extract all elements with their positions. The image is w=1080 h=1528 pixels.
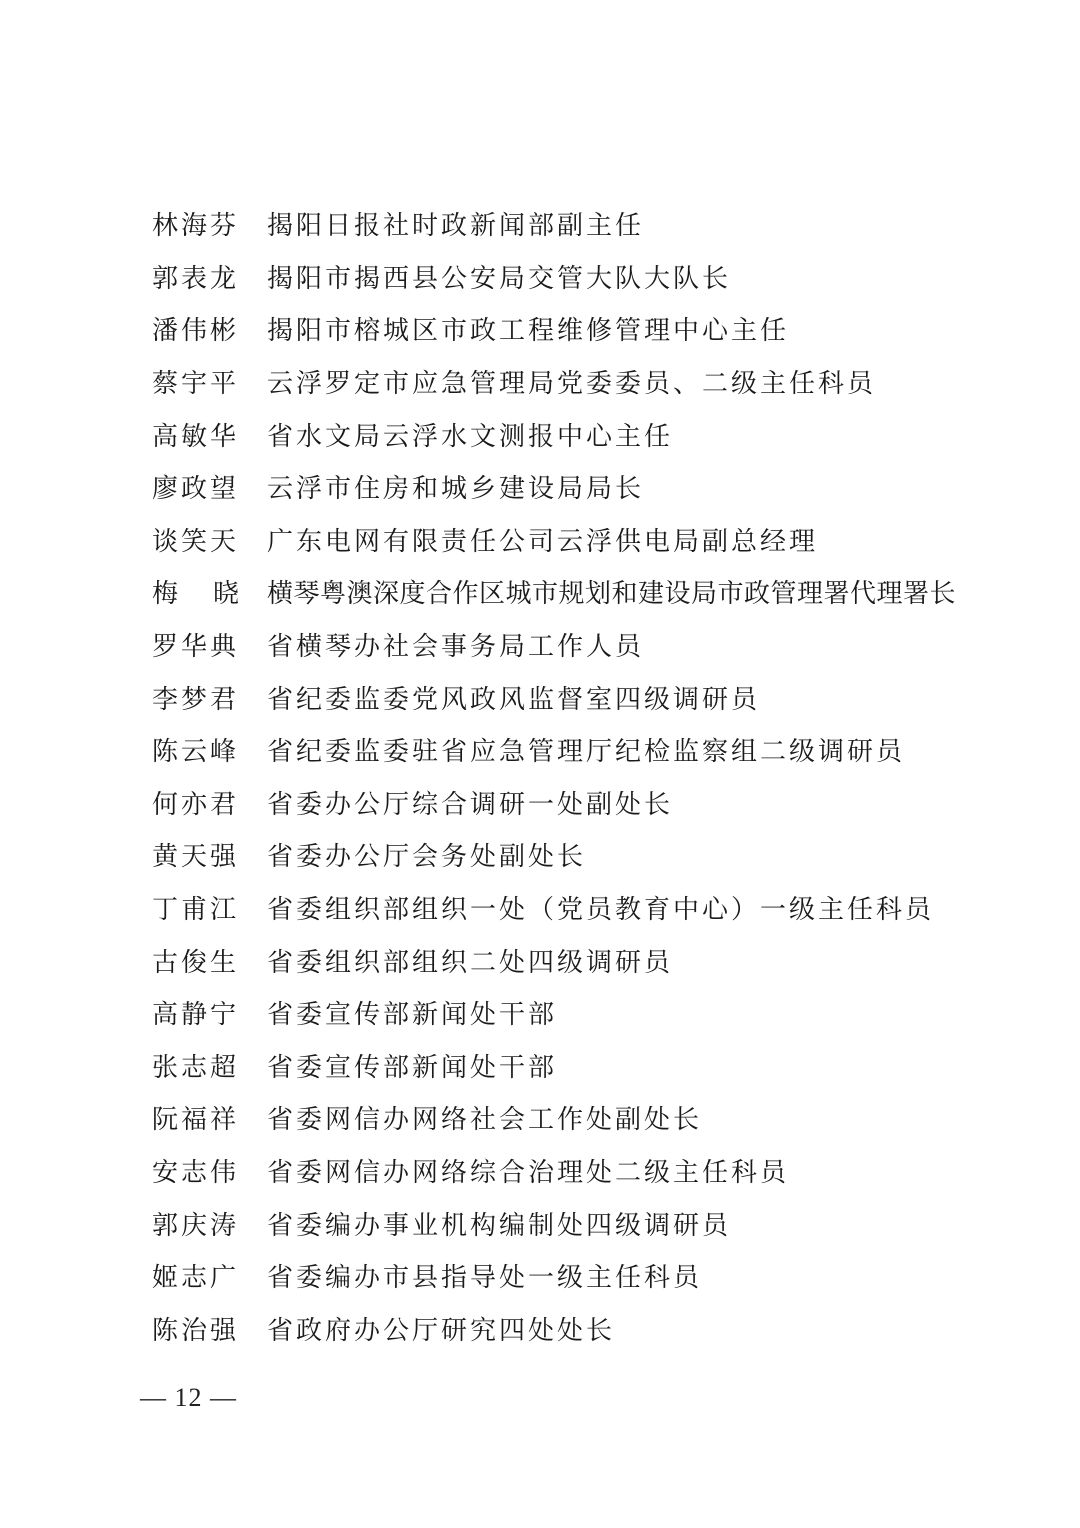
person-name: 李梦君 [152, 687, 267, 713]
person-name: 张志超 [152, 1055, 267, 1081]
list-item: 安志伟 省委网信办网络综合治理处二级主任科员 [152, 1147, 952, 1200]
person-title: 省委网信办网络综合治理处二级主任科员 [267, 1160, 789, 1186]
person-name: 高敏华 [152, 424, 267, 450]
list-item: 高敏华 省水文局云浮水文测报中心主任 [152, 410, 952, 463]
list-item: 阮福祥 省委网信办网络社会工作处副处长 [152, 1094, 952, 1147]
list-item: 谈笑天 广东电网有限责任公司云浮供电局副总经理 [152, 516, 952, 569]
list-item: 廖政望 云浮市住房和城乡建设局局长 [152, 463, 952, 516]
document-page: 林海芬 揭阳日报社时政新闻部副主任 郭表龙 揭阳市揭西县公安局交管大队大队长 潘… [0, 0, 1080, 1528]
person-name: 郭庆涛 [152, 1213, 267, 1239]
person-name-part: 晓 [213, 581, 239, 607]
list-item: 潘伟彬 揭阳市榕城区市政工程维修管理中心主任 [152, 305, 952, 358]
person-title: 省委宣传部新闻处干部 [267, 1055, 557, 1081]
person-title: 揭阳市揭西县公安局交管大队大队长 [267, 266, 731, 292]
personnel-list: 林海芬 揭阳日报社时政新闻部副主任 郭表龙 揭阳市揭西县公安局交管大队大队长 潘… [152, 200, 952, 1357]
page-number: — 12 — [140, 1383, 237, 1413]
person-name: 黄天强 [152, 844, 267, 870]
person-title: 广东电网有限责任公司云浮供电局副总经理 [267, 529, 818, 555]
person-title: 云浮市住房和城乡建设局局长 [267, 476, 644, 502]
list-item: 张志超 省委宣传部新闻处干部 [152, 1042, 952, 1095]
person-name: 陈云峰 [152, 739, 267, 765]
list-item: 何亦君 省委办公厅综合调研一处副处长 [152, 779, 952, 832]
list-item: 陈治强 省政府办公厅研究四处处长 [152, 1304, 952, 1357]
person-name: 潘伟彬 [152, 318, 267, 344]
person-name: 丁甫江 [152, 897, 267, 923]
person-title: 省委组织部组织二处四级调研员 [267, 950, 673, 976]
list-item: 罗华典 省横琴办社会事务局工作人员 [152, 621, 952, 674]
list-item: 李梦君 省纪委监委党风政风监督室四级调研员 [152, 673, 952, 726]
person-title: 省委网信办网络社会工作处副处长 [267, 1107, 702, 1133]
person-title: 横琴粤澳深度合作区城市规划和建设局市政管理署代理署长 [267, 581, 956, 607]
person-title: 省委办公厅综合调研一处副处长 [267, 792, 673, 818]
list-item: 黄天强 省委办公厅会务处副处长 [152, 831, 952, 884]
person-title: 省水文局云浮水文测报中心主任 [267, 424, 673, 450]
person-title: 省横琴办社会事务局工作人员 [267, 634, 644, 660]
person-title: 省委办公厅会务处副处长 [267, 844, 586, 870]
person-name: 古俊生 [152, 950, 267, 976]
person-name-part: 梅 [152, 581, 178, 607]
person-name: 姬志广 [152, 1265, 267, 1291]
person-name: 郭表龙 [152, 266, 267, 292]
list-item: 古俊生 省委组织部组织二处四级调研员 [152, 936, 952, 989]
person-name: 阮福祥 [152, 1107, 267, 1133]
person-name: 安志伟 [152, 1160, 267, 1186]
person-name: 何亦君 [152, 792, 267, 818]
person-name: 林海芬 [152, 213, 267, 239]
person-title: 省委组织部组织一处（党员教育中心）一级主任科员 [267, 897, 934, 923]
list-item: 林海芬 揭阳日报社时政新闻部副主任 [152, 200, 952, 253]
person-title: 云浮罗定市应急管理局党委委员、二级主任科员 [267, 371, 876, 397]
person-title: 揭阳市榕城区市政工程维修管理中心主任 [267, 318, 789, 344]
person-name: 廖政望 [152, 476, 267, 502]
list-item: 蔡宇平 云浮罗定市应急管理局党委委员、二级主任科员 [152, 358, 952, 411]
person-name: 陈治强 [152, 1318, 267, 1344]
person-title: 省委编办事业机构编制处四级调研员 [267, 1213, 731, 1239]
person-name: 罗华典 [152, 634, 267, 660]
person-title: 省纪委监委驻省应急管理厅纪检监察组二级调研员 [267, 739, 905, 765]
person-title: 省纪委监委党风政风监督室四级调研员 [267, 687, 760, 713]
list-item: 高静宁 省委宣传部新闻处干部 [152, 989, 952, 1042]
person-title: 省委宣传部新闻处干部 [267, 1002, 557, 1028]
list-item: 丁甫江 省委组织部组织一处（党员教育中心）一级主任科员 [152, 884, 952, 937]
list-item: 陈云峰 省纪委监委驻省应急管理厅纪检监察组二级调研员 [152, 726, 952, 779]
person-title: 省委编办市县指导处一级主任科员 [267, 1265, 702, 1291]
person-name: 梅 晓 [152, 581, 239, 607]
person-title: 揭阳日报社时政新闻部副主任 [267, 213, 644, 239]
person-name: 谈笑天 [152, 529, 267, 555]
list-item: 姬志广 省委编办市县指导处一级主任科员 [152, 1252, 952, 1305]
person-name: 蔡宇平 [152, 371, 267, 397]
list-item: 梅 晓 横琴粤澳深度合作区城市规划和建设局市政管理署代理署长 [152, 568, 952, 621]
list-item: 郭庆涛 省委编办事业机构编制处四级调研员 [152, 1199, 952, 1252]
person-name: 高静宁 [152, 1002, 267, 1028]
person-title: 省政府办公厅研究四处处长 [267, 1318, 615, 1344]
list-item: 郭表龙 揭阳市揭西县公安局交管大队大队长 [152, 253, 952, 306]
